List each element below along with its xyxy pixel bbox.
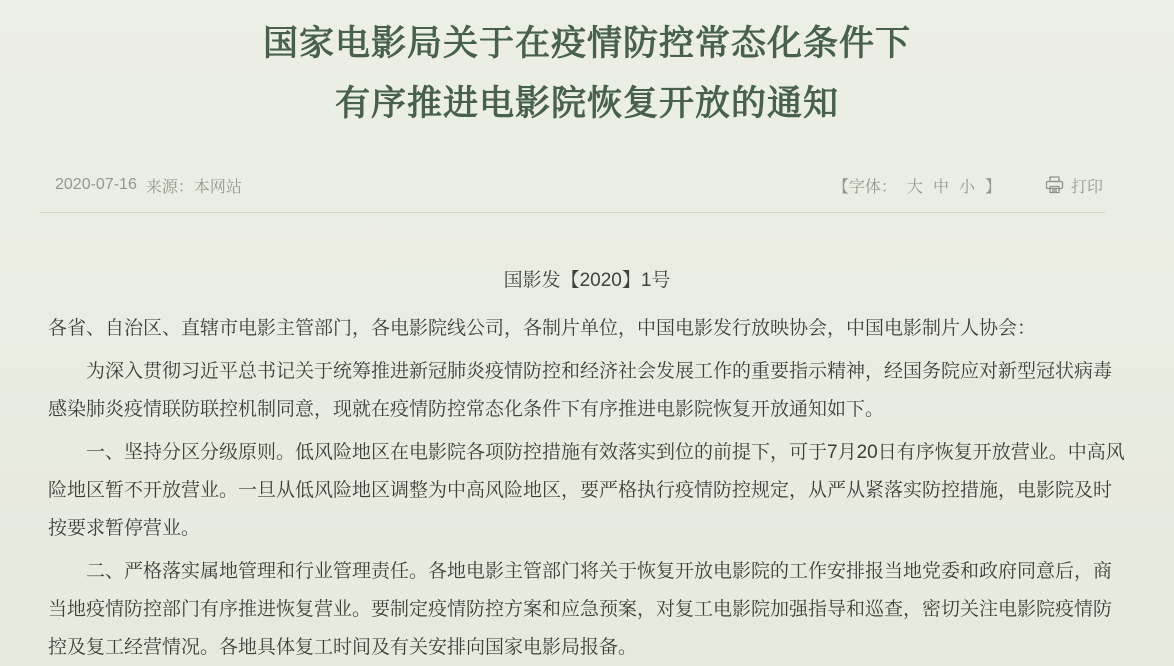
paragraph-item-one: 一、坚持分区分级原则。低风险地区在电影院各项防控措施有效落实到位的前提下，可于7… bbox=[48, 434, 1130, 548]
paragraph-intro: 为深入贯彻习近平总书记关于统筹推进新冠肺炎疫情防控和经济社会发展工作的重要指示精… bbox=[48, 353, 1130, 429]
document-body: 各省、自治区、直辖市电影主管部门，各电影院线公司，各制片单位，中国电影发行放映协… bbox=[48, 310, 1130, 666]
title-line-2: 有序推进电影院恢复开放的通知 bbox=[0, 74, 1174, 134]
page-title: 国家电影局关于在疫情防控常态化条件下 有序推进电影院恢复开放的通知 bbox=[0, 0, 1174, 134]
title-line-1: 国家电影局关于在疫情防控常态化条件下 bbox=[0, 14, 1174, 74]
print-label: 打印 bbox=[1071, 174, 1103, 197]
font-size-suffix: 】 bbox=[985, 174, 1001, 197]
document-area: 国影发【2020】1号 各省、自治区、直辖市电影主管部门，各电影院线公司，各制片… bbox=[0, 271, 1174, 666]
notice-page: 国家电影局关于在疫情防控常态化条件下 有序推进电影院恢复开放的通知 2020-0… bbox=[0, 0, 1174, 666]
paragraph-salutation: 各省、自治区、直辖市电影主管部门，各电影院线公司，各制片单位，中国电影发行放映协… bbox=[48, 310, 1130, 348]
paragraph-item-two: 二、严格落实属地管理和行业管理责任。各地电影主管部门将关于恢复开放电影院的工作安… bbox=[48, 553, 1130, 666]
meta-bar: 2020-07-16 来源：本网站 【字体： 大 中 小 】 打印 bbox=[55, 174, 1103, 196]
meta-left: 2020-07-16 来源：本网站 bbox=[55, 174, 242, 197]
font-size-large-button[interactable]: 大 bbox=[907, 174, 923, 197]
font-size-prefix: 【字体： bbox=[833, 174, 897, 197]
divider-line bbox=[40, 212, 1105, 213]
printer-icon bbox=[1045, 176, 1064, 194]
publish-date: 2020-07-16 bbox=[55, 176, 137, 194]
source-label: 来源：本网站 bbox=[146, 174, 242, 197]
meta-right: 【字体： 大 中 小 】 打印 bbox=[833, 174, 1103, 197]
font-size-medium-button[interactable]: 中 bbox=[933, 174, 949, 197]
document-number: 国影发【2020】1号 bbox=[0, 271, 1174, 291]
font-size-small-button[interactable]: 小 bbox=[959, 174, 975, 197]
print-button[interactable]: 打印 bbox=[1045, 174, 1103, 197]
font-size-control: 【字体： 大 中 小 】 bbox=[833, 174, 1001, 197]
